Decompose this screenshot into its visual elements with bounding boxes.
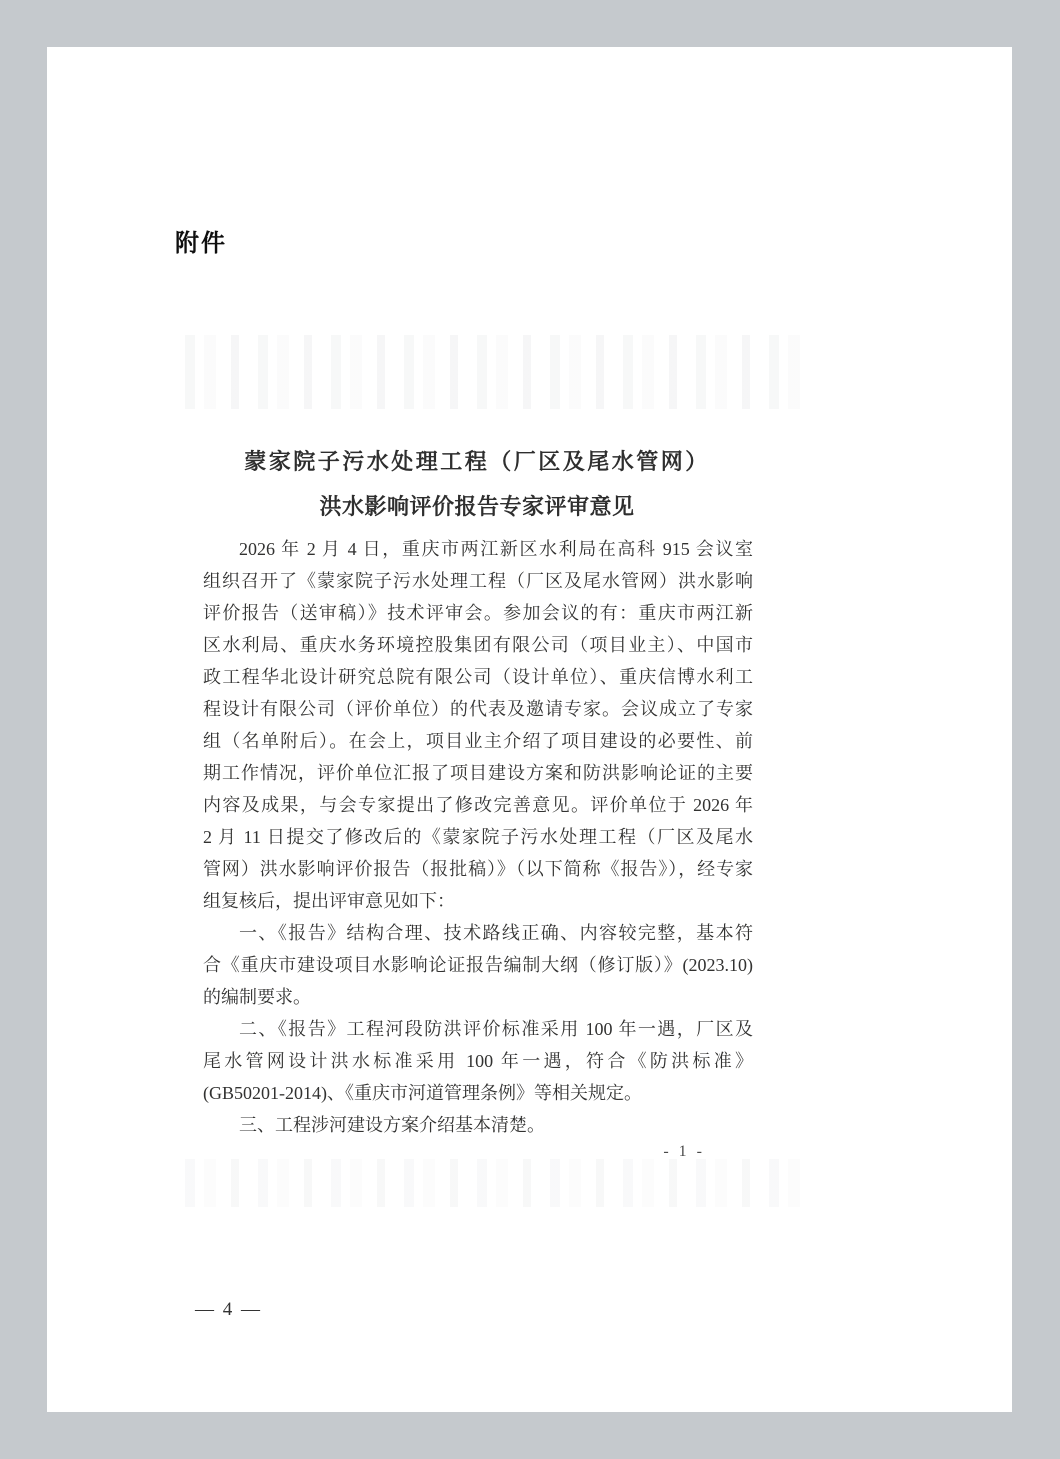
document-line: 合《重庆市建设项目水影响论证报告编制大纲（修订版）》(2023.10) — [203, 949, 753, 981]
document-line: 的编制要求。 — [203, 981, 753, 1013]
document-line: 评价报告（送审稿）》技术评审会。参加会议的有：重庆市两江新 — [203, 597, 753, 629]
document-body: 2026 年 2 月 4 日，重庆市两江新区水利局在高科 915 会议室组织召开… — [203, 533, 753, 1141]
document-line: 管网）洪水影响评价报告（报批稿）》（以下简称《报告》），经专家 — [203, 853, 753, 885]
attachment-label: 附件 — [175, 223, 227, 258]
scan-noise-band-bottom — [185, 1159, 800, 1207]
document-line: 政工程华北设计研究总院有限公司（设计单位）、重庆信博水利工 — [203, 661, 753, 693]
document-line: 程设计有限公司（评价单位）的代表及邀请专家。会议成立了专家 — [203, 693, 753, 725]
viewer-background: 附件 蒙家院子污水处理工程（厂区及尾水管网） 洪水影响评价报告专家评审意见 20… — [0, 0, 1060, 1459]
document-line: 区水利局、重庆水务环境控股集团有限公司（项目业主）、中国市 — [203, 629, 753, 661]
footer-page-number: — 4 — — [195, 1299, 262, 1321]
document-line: 组复核后，提出评审意见如下： — [203, 885, 753, 917]
document-line: 尾水管网设计洪水标准采用 100 年一遇，符合《防洪标准》 — [203, 1045, 753, 1077]
document-line: 期工作情况，评价单位汇报了项目建设方案和防洪影响论证的主要 — [203, 757, 753, 789]
document-line: 一、《报告》结构合理、技术路线正确、内容较完整，基本符 — [203, 917, 753, 949]
document-line: 二、《报告》工程河段防洪评价标准采用 100 年一遇，厂区及 — [203, 1013, 753, 1045]
scan-noise-band-top — [185, 335, 800, 409]
document-page: 附件 蒙家院子污水处理工程（厂区及尾水管网） 洪水影响评价报告专家评审意见 20… — [47, 47, 1012, 1412]
document-line: 三、工程涉河建设方案介绍基本清楚。 — [203, 1109, 753, 1141]
document-line: 2026 年 2 月 4 日，重庆市两江新区水利局在高科 915 会议室 — [203, 533, 753, 565]
document-title-line1: 蒙家院子污水处理工程（厂区及尾水管网） — [203, 445, 751, 476]
document-line: 内容及成果，与会专家提出了修改完善意见。评价单位于 2026 年 — [203, 789, 753, 821]
document-line: (GB50201-2014)、《重庆市河道管理条例》等相关规定。 — [203, 1077, 753, 1109]
document-line: 2 月 11 日提交了修改后的《蒙家院子污水处理工程（厂区及尾水 — [203, 821, 753, 853]
document-line: 组（名单附后）。在会上，项目业主介绍了项目建设的必要性、前 — [203, 725, 753, 757]
document-line: 组织召开了《蒙家院子污水处理工程（厂区及尾水管网）洪水影响 — [203, 565, 753, 597]
document-title-line2: 洪水影响评价报告专家评审意见 — [203, 490, 751, 521]
